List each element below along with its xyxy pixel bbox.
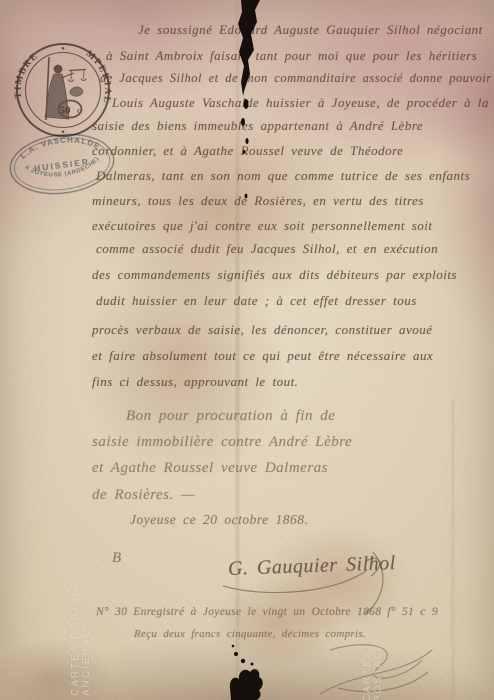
handwritten-line: cordonnier, et à Agathe Roussel veuve de… (92, 143, 403, 159)
handwritten-line: procès verbaux de saisie, les dénoncer, … (92, 322, 433, 338)
watermark-left: CARTES POSTALES ANCIENNES (70, 528, 92, 696)
handwritten-line: exécutoires que j'ai contre eux soit per… (92, 218, 433, 234)
handwritten-line: et Agathe Roussel veuve Dalmeras (92, 460, 328, 477)
handwritten-line: fins ci dessus, approuvant le tout. (92, 374, 298, 390)
signature: G. Gauquier Silhol (228, 552, 396, 581)
svg-text:TIMBRE: TIMBRE (14, 51, 41, 99)
handwritten-line: Dalmeras, tant en son nom que comme tutr… (96, 168, 470, 184)
registration-line: N° 30 Enregistré à Joyeuse le vingt un O… (96, 606, 438, 618)
watermark-right: CARTES-POSTALES (362, 598, 384, 700)
handwritten-line: Je soussigné Edouard Auguste Gauquier Si… (138, 22, 483, 38)
handwritten-line: de Rosières. — (92, 487, 195, 504)
handwritten-line: Bon pour procuration à fin de (126, 408, 335, 425)
handwritten-line: des commandements signifiés aux dits déb… (92, 267, 457, 283)
stamp-dot-top (62, 47, 65, 50)
handwritten-line: Louis Auguste Vaschalde huissier à Joyeu… (112, 95, 489, 111)
handwritten-line: saisie immobilière contre André Lèbre (92, 434, 352, 451)
date-line: Joyeuse ce 20 octobre 1868. (130, 512, 308, 528)
paraph-mark: B (112, 550, 122, 567)
registration-line: Reçu deux francs cinquante, décimes comp… (134, 628, 366, 640)
handwritten-line: saisie des biens immeubles appartenant à… (92, 118, 423, 134)
manuscript-document: TIMBRE IMPERIAL 50 C L.A (0, 0, 494, 700)
right-fold-crease (452, 400, 454, 700)
handwritten-line: comme associé dudit feu Jacques Silhol, … (96, 241, 438, 257)
stamp-value-50: 50 (60, 105, 72, 117)
handwritten-line: mineurs, tous les deux de Rosières, en v… (92, 193, 424, 209)
handwritten-line: de Jacques Silhol et de mon commanditair… (100, 71, 492, 86)
handwritten-line: à Saint Ambroix faisant tant pour moi qu… (106, 48, 477, 64)
handwritten-line: dudit huissier en leur date ; à cet effe… (96, 293, 417, 309)
handwritten-line: et faire absolument tout ce qui peut êtr… (92, 348, 433, 364)
bottom-hole (230, 669, 263, 700)
stamp-text-timbre: TIMBRE (14, 51, 41, 99)
stamp-currency-c: C (77, 108, 82, 115)
